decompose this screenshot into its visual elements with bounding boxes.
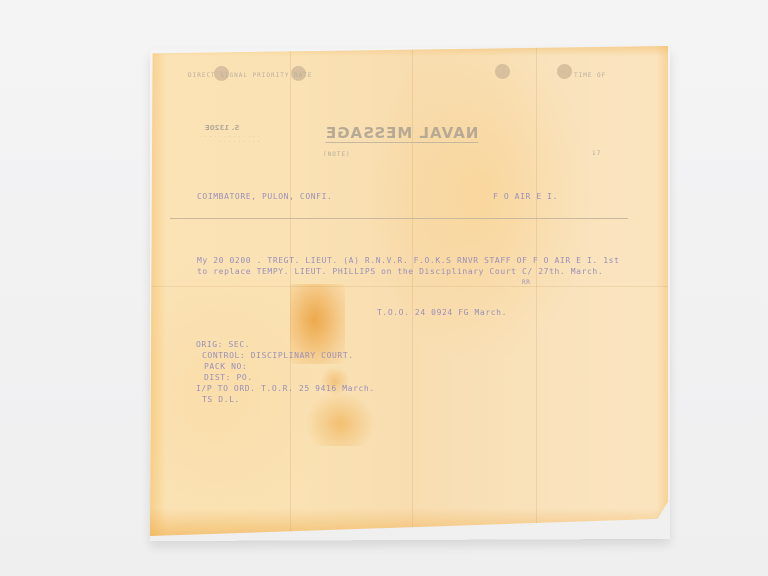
footer-orig: ORIG: SEC. [196,340,250,349]
faint-sub-label: (NOTE) [323,151,351,158]
fold-line [412,46,413,536]
body-line-2: to replace TEMPY. LIEUT. PHILLIPS on the… [197,267,603,276]
water-stain [305,391,375,446]
time-of-origin: T.O.O. 24 0924 FG March. [377,308,507,317]
punch-hole [495,64,510,79]
page-title: NAVAL MESSAGE [325,124,478,143]
footer-dist: DIST: PO. [204,373,253,382]
faint-ref: 17 [592,150,601,157]
faint-header-line: DIRECT SIGNAL PRIORITY DATE [188,72,313,79]
footer-ip: I/P TO ORD. T.O.R. 25 9416 March. [196,384,375,393]
address-from: COIMBATORE, PULON, CONFI. [197,192,332,201]
fold-line [150,286,668,287]
punch-hole [557,64,572,79]
form-subtext: · · · · · · · · · · · · · · · · · · · · … [198,134,260,144]
form-number: S. 1320E [205,124,239,132]
paper-edge-stain-left [150,46,166,536]
footer-pack: PACK NO: [204,362,247,371]
footer-control: CONTROL: DISCIPLINARY COURT. [202,351,354,360]
faint-header-right: TIME OF [574,72,606,79]
fold-line [536,46,537,536]
naval-message-paper: DIRECT SIGNAL PRIORITY DATE TIME OF S. 1… [150,46,668,536]
address-to: F O AIR E I. [493,192,558,201]
header-divider [170,218,628,219]
body-line-1: My 20 0200 . TREGT. LIEUT. (A) R.N.V.R. … [197,256,619,265]
footer-ts: TS D.L. [202,395,240,404]
paper-edge-stain-right [656,46,668,536]
body-line-3: RR [522,279,530,286]
